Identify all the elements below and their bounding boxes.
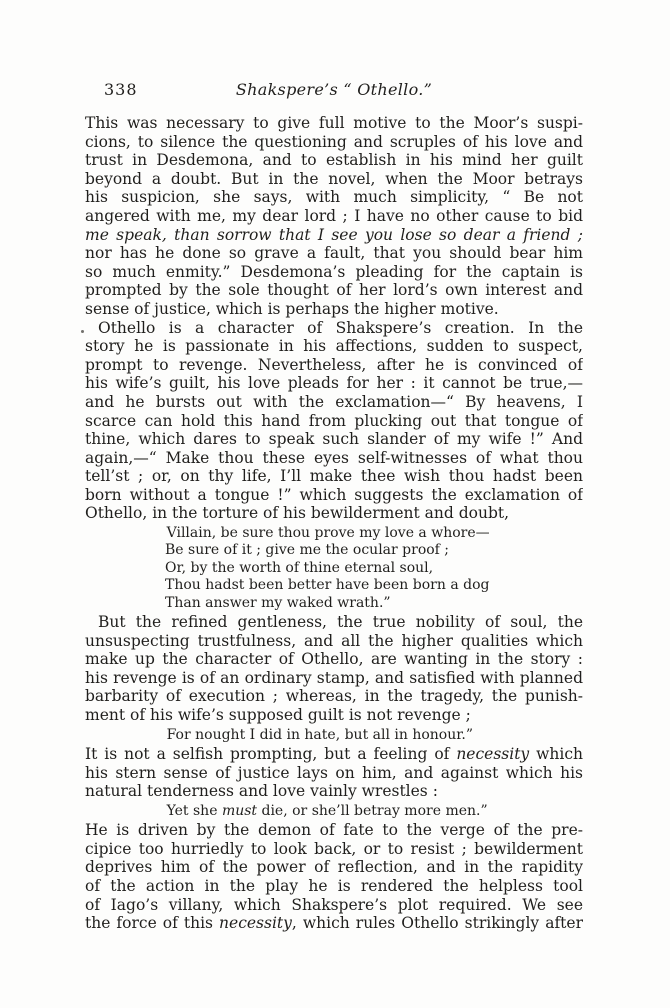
- page-number: 338: [104, 80, 138, 99]
- text-line: unsuspecting trustfulness, and all the h…: [85, 632, 583, 651]
- text-line: tell’st ; or, on thy life, I’ll make the…: [85, 467, 583, 486]
- text-segment: , which rules Othello strikingly after: [292, 914, 583, 932]
- text-segment: his stern sense of justice lays on him, …: [85, 764, 583, 782]
- text-segment: the force of this: [85, 914, 219, 932]
- italic-text: necessity: [456, 745, 529, 763]
- italic-text: must: [222, 803, 257, 819]
- text-segment: story he is passionate in his affections…: [85, 337, 583, 355]
- text-segment: so much enmity.” Desdemona’s pleading fo…: [85, 263, 583, 281]
- text-line: prompt to revenge. Nevertheless, after h…: [85, 356, 583, 375]
- text-segment: cions, to silence the questioning and sc…: [85, 133, 583, 151]
- text-line: It is not a selfish prompting, but a fee…: [85, 745, 583, 764]
- text-segment: “ Yet she: [165, 803, 222, 819]
- scan-speck: [81, 330, 84, 333]
- text-segment: “ For nought I did in hate, but all in h…: [165, 727, 473, 743]
- text-line: Thou hadst been better have been born a …: [165, 577, 583, 594]
- text-line: prompted by the sole thought of her lord…: [85, 281, 583, 300]
- text-segment: cipice too hurriedly to look back, or to…: [85, 840, 583, 858]
- text-line: his wife’s guilt, his love pleads for he…: [85, 374, 583, 393]
- text-line: of Iago’s villany, which Shakspere’s plo…: [85, 896, 583, 915]
- text-segment: natural tenderness and love vainly wrest…: [85, 782, 438, 800]
- text-segment: and he bursts out with the exclamation—“…: [85, 393, 583, 411]
- text-line: angered with me, my dear lord ; I have n…: [85, 207, 583, 226]
- text-line: “ Yet she must die, or she’ll betray mor…: [165, 803, 583, 820]
- text-segment: But the refined gentleness, the true nob…: [98, 613, 583, 631]
- text-segment: “ Villain, be sure thou prove my love a …: [165, 525, 490, 541]
- text-line: He is driven by the demon of fate to the…: [85, 821, 583, 840]
- text-line: of the action in the play he is rendered…: [85, 877, 583, 896]
- text-line: cipice too hurriedly to look back, or to…: [85, 840, 583, 859]
- text-segment: barbarity of execution ; whereas, in the…: [85, 687, 583, 705]
- text-segment: tell’st ; or, on thy life, I’ll make the…: [85, 467, 583, 485]
- quote-block: “ Villain, be sure thou prove my love a …: [165, 525, 583, 612]
- text-line: This was necessary to give full motive t…: [85, 114, 583, 133]
- text-line: and he bursts out with the exclamation—“…: [85, 393, 583, 412]
- text-line: his stern sense of justice lays on him, …: [85, 764, 583, 783]
- text-line: beyond a doubt. But in the novel, when t…: [85, 170, 583, 189]
- text-column: This was necessary to give full motive t…: [85, 114, 583, 933]
- text-segment: angered with me, my dear lord ; I have n…: [85, 207, 583, 225]
- scan-speck: [87, 292, 90, 295]
- text-line: the force of this necessity, which rules…: [85, 914, 583, 933]
- text-line: But the refined gentleness, the true nob…: [85, 613, 583, 632]
- text-segment: make up the character of Othello, are wa…: [85, 650, 583, 668]
- text-line: cions, to silence the questioning and sc…: [85, 133, 583, 152]
- text-line: sense of justice, which is perhaps the h…: [85, 300, 583, 319]
- text-segment: sense of justice, which is perhaps the h…: [85, 300, 499, 318]
- text-segment: ment of his wife’s supposed guilt is not…: [85, 706, 471, 724]
- text-segment: nor has he done so grave a fault, that y…: [85, 244, 583, 262]
- text-segment: deprives him of the power of reflection,…: [85, 858, 583, 876]
- text-line: Othello is a character of Shakspere’s cr…: [85, 319, 583, 338]
- page-header: 338 Shakspere’s “ Othello.”: [85, 80, 583, 102]
- text-line: his suspicion, she says, with much simpl…: [85, 188, 583, 207]
- quote-block: “ Yet she must die, or she’ll betray mor…: [165, 803, 583, 820]
- text-segment: his revenge is of an ordinary stamp, and…: [85, 669, 583, 687]
- text-segment: which: [529, 745, 583, 763]
- text-line: so much enmity.” Desdemona’s pleading fo…: [85, 263, 583, 282]
- text-line: nor has he done so grave a fault, that y…: [85, 244, 583, 263]
- text-line: story he is passionate in his affections…: [85, 337, 583, 356]
- paragraph: It is not a selfish prompting, but a fee…: [85, 745, 583, 801]
- text-segment: prompt to revenge. Nevertheless, after h…: [85, 356, 583, 374]
- text-segment: scarce can hold this hand from plucking …: [85, 412, 583, 430]
- text-segment: It is not a selfish prompting, but a fee…: [85, 745, 456, 763]
- text-line: Or, by the worth of thine eternal soul,: [165, 560, 583, 577]
- text-line: scarce can hold this hand from plucking …: [85, 412, 583, 431]
- text-segment: of Iago’s villany, which Shakspere’s plo…: [85, 896, 583, 914]
- text-line: trust in Desdemona, and to establish in …: [85, 151, 583, 170]
- paragraph: But the refined gentleness, the true nob…: [85, 613, 583, 725]
- text-line: Othello, in the torture of his bewilderm…: [85, 504, 583, 523]
- text-line: “ For nought I did in hate, but all in h…: [165, 727, 583, 744]
- text-line: me speak, than sorrow that I see you los…: [85, 226, 583, 245]
- text-segment: Thou hadst been better have been born a …: [165, 577, 489, 593]
- text-line: born without a tongue !” which suggests …: [85, 486, 583, 505]
- text-line: again,—“ Make thou these eyes self-witne…: [85, 449, 583, 468]
- text-line: deprives him of the power of reflection,…: [85, 858, 583, 877]
- text-segment: This was necessary to give full motive t…: [85, 114, 583, 132]
- text-segment: beyond a doubt. But in the novel, when t…: [85, 170, 583, 188]
- text-segment: his suspicion, she says, with much simpl…: [85, 188, 583, 206]
- text-line: natural tenderness and love vainly wrest…: [85, 782, 583, 801]
- text-segment: die, or she’ll betray more men.”: [257, 803, 488, 819]
- paragraph: He is driven by the demon of fate to the…: [85, 821, 583, 933]
- text-segment: prompted by the sole thought of her lord…: [85, 281, 583, 299]
- text-line: Be sure of it ; give me the ocular proof…: [165, 542, 583, 559]
- text-segment: Or, by the worth of thine eternal soul,: [165, 560, 433, 576]
- text-segment: He is driven by the demon of fate to the…: [85, 821, 583, 839]
- quote-block: “ For nought I did in hate, but all in h…: [165, 727, 583, 744]
- italic-text: necessity: [219, 914, 292, 932]
- text-line: make up the character of Othello, are wa…: [85, 650, 583, 669]
- text-segment: of the action in the play he is rendered…: [85, 877, 583, 895]
- running-title: Shakspere’s “ Othello.”: [85, 80, 583, 99]
- text-segment: unsuspecting trustfulness, and all the h…: [85, 632, 583, 650]
- text-segment: trust in Desdemona, and to establish in …: [85, 151, 583, 169]
- paragraph: This was necessary to give full motive t…: [85, 114, 583, 319]
- text-segment: Othello, in the torture of his bewilderm…: [85, 504, 509, 522]
- text-segment: again,—“ Make thou these eyes self-witne…: [85, 449, 583, 467]
- text-line: thine, which dares to speak such slander…: [85, 430, 583, 449]
- text-segment: thine, which dares to speak such slander…: [85, 430, 583, 448]
- text-line: ment of his wife’s supposed guilt is not…: [85, 706, 583, 725]
- text-segment: Othello is a character of Shakspere’s cr…: [98, 319, 583, 337]
- text-segment: Be sure of it ; give me the ocular proof…: [165, 542, 449, 558]
- text-line: barbarity of execution ; whereas, in the…: [85, 687, 583, 706]
- text-line: his revenge is of an ordinary stamp, and…: [85, 669, 583, 688]
- text-segment: Than answer my waked wrath.”: [165, 595, 391, 611]
- paragraph: Othello is a character of Shakspere’s cr…: [85, 319, 583, 524]
- text-segment: his wife’s guilt, his love pleads for he…: [85, 374, 583, 392]
- italic-text: me speak, than sorrow that I see you los…: [85, 226, 583, 244]
- book-page: 338 Shakspere’s “ Othello.” This was nec…: [0, 0, 670, 1008]
- text-line: “ Villain, be sure thou prove my love a …: [165, 525, 583, 542]
- text-line: Than answer my waked wrath.”: [165, 595, 583, 612]
- text-segment: born without a tongue !” which suggests …: [85, 486, 583, 504]
